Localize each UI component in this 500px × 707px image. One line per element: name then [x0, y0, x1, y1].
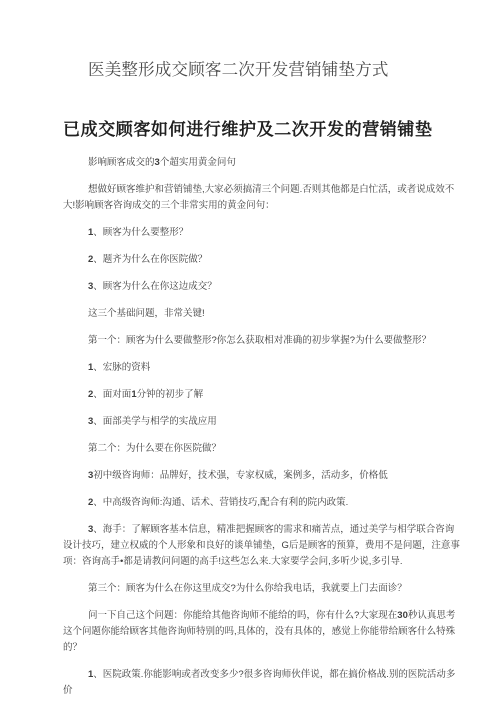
paragraph: 第二个：为什么要在你医院做？: [63, 441, 460, 457]
paragraph: 1、宏脉的资料: [63, 360, 460, 376]
document-title: 医美整形成交顾客二次开发营销铺垫方式: [88, 60, 460, 80]
paragraph: 2、面对面1分钟的初步了解: [63, 387, 460, 403]
paragraph: 第三个：顾客为什么在你这里成交?为什么你给我电话，我就要上门去面诊？: [63, 581, 460, 597]
paragraph: 问一下自己这个问题：你能给其他咨询师不能给的吗，你有什么?大家现在30秒认真思考…: [63, 608, 460, 656]
document-body: 影响顾客成交的3个超实用黄金问句想做好顾客维护和营销铺垫,大家必须搞清三个问题.…: [63, 155, 460, 699]
paragraph: 3、面部美学与相学的实战应用: [63, 414, 460, 430]
paragraph: 影响顾客成交的3个超实用黄金问句: [63, 155, 460, 171]
paragraph: 想做好顾客维护和营销铺垫,大家必须搞清三个问题.否则其他都是白忙活，或者说成效不…: [63, 182, 460, 214]
paragraph: 3、海手：了解顾客基本信息，精准把握顾客的需求和痛苦点，通过美学与相学联合咨询设…: [63, 522, 460, 570]
paragraph: 第一个：顾客为什么要做整形?你怎么获取相对准确的初步掌握?为什么要做整形？: [63, 333, 460, 349]
paragraph: 这三个基础问题，非常关键!: [63, 306, 460, 322]
document-subtitle: 已成交顾客如何进行维护及二次开发的营销铺垫: [63, 120, 460, 140]
document-page: 医美整形成交顾客二次开发营销铺垫方式 已成交顾客如何进行维护及二次开发的营销铺垫…: [0, 0, 500, 707]
paragraph: 2、中高级咨询师:沟通、话术、营销技巧,配合有利的院内政策.: [63, 495, 460, 511]
paragraph: 2、题齐为什么在你医院做？: [63, 252, 460, 268]
paragraph: 3初中级咨询师：品牌好，技术强，专家权威，案例多，活动多，价格低: [63, 468, 460, 484]
paragraph: 3、顾客为什么在你这边成交？: [63, 279, 460, 295]
paragraph: 1、顾客为什么要整形？: [63, 225, 460, 241]
paragraph: 1、医院政策.你能影响或者改变多少?很多咨询师伙伴说，都在搞价格战.别的医院活动…: [63, 667, 460, 699]
